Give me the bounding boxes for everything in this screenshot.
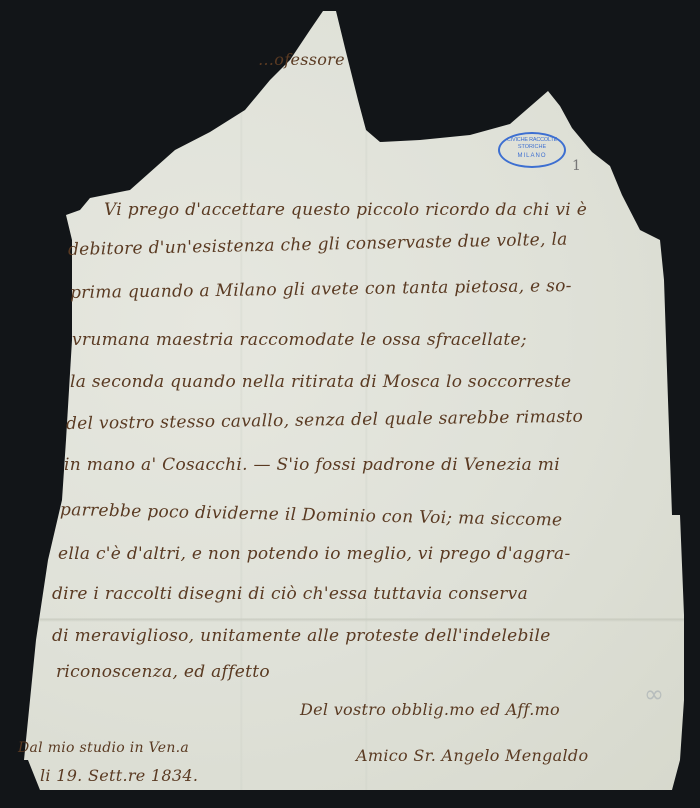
stamp-line-3: MILANO <box>500 153 564 159</box>
body-line-5: la seconda quando nella ritirata di Mosc… <box>70 372 571 392</box>
address-fragment: …ofessore <box>258 50 345 69</box>
body-line-1: Vi prego d'accettare questo piccolo rico… <box>104 200 664 220</box>
faint-pencil-mark: ∞ <box>644 680 664 708</box>
closing-line-1: Del vostro obblig.mo ed Aff.mo <box>300 700 560 719</box>
body-line-12: riconoscenza, ed affetto <box>56 662 270 682</box>
signature: Amico Sr. Angelo Mengaldo <box>356 746 588 765</box>
archive-stamp: CIVICHE RACCOLTE STORICHE MILANO <box>498 132 566 168</box>
stamp-line-1: CIVICHE RACCOLTE <box>500 138 564 144</box>
folio-number: 1 <box>572 158 581 174</box>
body-line-4: vrumana maestria raccomodate le ossa sfr… <box>72 330 527 350</box>
body-line-9: ella c'è d'altri, e non potendo io megli… <box>58 544 571 564</box>
body-line-7: in mano a' Cosacchi. — S'io fossi padron… <box>64 455 560 475</box>
stamp-line-2: STORICHE <box>500 145 564 151</box>
body-line-11: di meraviglioso, unitamente alle protest… <box>52 626 551 646</box>
dateline-place: Dal mio studio in Ven.a <box>18 740 189 756</box>
body-line-10: dire i raccolti disegni di ciò ch'essa t… <box>52 584 528 604</box>
dateline-date: li 19. Sett.re 1834. <box>40 766 198 785</box>
